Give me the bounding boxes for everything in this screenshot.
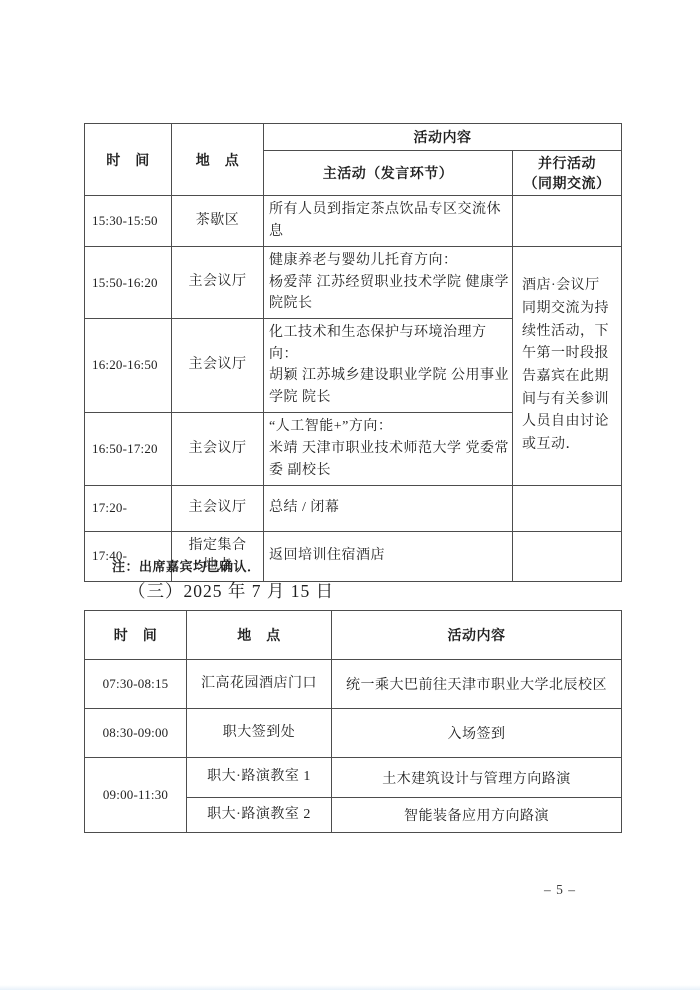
main-activity-cell: 所有人员到指定茶点饮品专区交流休息 xyxy=(264,196,513,247)
main-activity-cell: 化工技术和生态保护与环境治理方向： 胡颖 江苏城乡建设职业学院 公用事业学院 院… xyxy=(264,319,513,413)
time-cell: 16:50-17:20 xyxy=(85,412,172,485)
table-row: 17:20- 主会议厅 总结 / 闭幕 xyxy=(85,485,622,531)
table-row: 07:30-08:15 汇高花园酒店门口 统一乘大巴前往天津市职业大学北辰校区 xyxy=(85,660,622,709)
july15-schedule-table: 时 间 地 点 活动内容 07:30-08:15 汇高花园酒店门口 统一乘大巴前… xyxy=(84,610,622,833)
parallel-activity-cell-empty xyxy=(513,196,622,247)
section-heading-date: （三）2025 年 7 月 15 日 xyxy=(128,578,334,603)
activity-content-cell: 统一乘大巴前往天津市职业大学北辰校区 xyxy=(332,660,622,709)
activity-content-cell: 智能装备应用方向路演 xyxy=(332,798,622,833)
main-activity-cell: 总结 / 闭幕 xyxy=(264,485,513,531)
parallel-activity-note-cell: 酒店·会议厅同期交流为持续性活动，下午第一时段报告嘉宾在此期间与有关参训人员自由… xyxy=(513,247,622,486)
main-activity-cell: 返回培训住宿酒店 xyxy=(264,531,513,581)
t2-header-location: 地 点 xyxy=(187,611,332,660)
location-cell: 茶歇区 xyxy=(172,196,264,247)
bottom-edge-tint xyxy=(0,985,700,990)
location-cell: 主会议厅 xyxy=(172,485,264,531)
t2-header-content: 活动内容 xyxy=(332,611,622,660)
t2-header-time: 时 间 xyxy=(85,611,187,660)
parallel-activity-cell-empty xyxy=(513,531,622,581)
location-cell: 主会议厅 xyxy=(172,319,264,413)
time-cell: 09:00-11:30 xyxy=(85,758,187,833)
t1-header-content-group: 活动内容 xyxy=(264,124,622,151)
location-cell: 职大签到处 xyxy=(187,709,332,758)
activity-content-cell: 入场签到 xyxy=(332,709,622,758)
t1-header-time: 时 间 xyxy=(85,124,172,196)
afternoon-schedule-table: 时 间 地 点 活动内容 主活动（发言环节） 并行活动 （同期交流） 15:30… xyxy=(84,123,622,582)
t1-header-location: 地 点 xyxy=(172,124,264,196)
location-cell: 主会议厅 xyxy=(172,247,264,319)
time-cell: 07:30-08:15 xyxy=(85,660,187,709)
table-row: 15:30-15:50 茶歇区 所有人员到指定茶点饮品专区交流休息 xyxy=(85,196,622,247)
parallel-activity-cell-empty xyxy=(513,485,622,531)
location-cell: 汇高花园酒店门口 xyxy=(187,660,332,709)
location-cell: 职大·路演教室 1 xyxy=(187,758,332,798)
main-activity-cell: “人工智能+”方向： 米靖 天津市职业技术师范大学 党委常委 副校长 xyxy=(264,412,513,485)
page-number: – 5 – xyxy=(525,882,595,898)
confirmation-note: 注：出席嘉宾均已确认． xyxy=(112,556,261,575)
time-cell: 16:20-16:50 xyxy=(85,319,172,413)
time-cell: 15:30-15:50 xyxy=(85,196,172,247)
t1-header-main-activity: 主活动（发言环节） xyxy=(264,151,513,196)
time-cell: 15:50-16:20 xyxy=(85,247,172,319)
main-activity-cell: 健康养老与婴幼儿托育方向： 杨爱萍 江苏经贸职业技术学院 健康学院院长 xyxy=(264,247,513,319)
activity-content-cell: 土木建筑设计与管理方向路演 xyxy=(332,758,622,798)
table-row: 08:30-09:00 职大签到处 入场签到 xyxy=(85,709,622,758)
t1-header-parallel-activity: 并行活动 （同期交流） xyxy=(513,151,622,196)
location-cell: 主会议厅 xyxy=(172,412,264,485)
time-cell: 17:20- xyxy=(85,485,172,531)
document-page: 时 间 地 点 活动内容 主活动（发言环节） 并行活动 （同期交流） 15:30… xyxy=(0,0,700,990)
table-row: 15:50-16:20 主会议厅 健康养老与婴幼儿托育方向： 杨爱萍 江苏经贸职… xyxy=(85,247,622,319)
time-cell: 08:30-09:00 xyxy=(85,709,187,758)
location-cell: 职大·路演教室 2 xyxy=(187,798,332,833)
table-row: 09:00-11:30 职大·路演教室 1 土木建筑设计与管理方向路演 xyxy=(85,758,622,798)
